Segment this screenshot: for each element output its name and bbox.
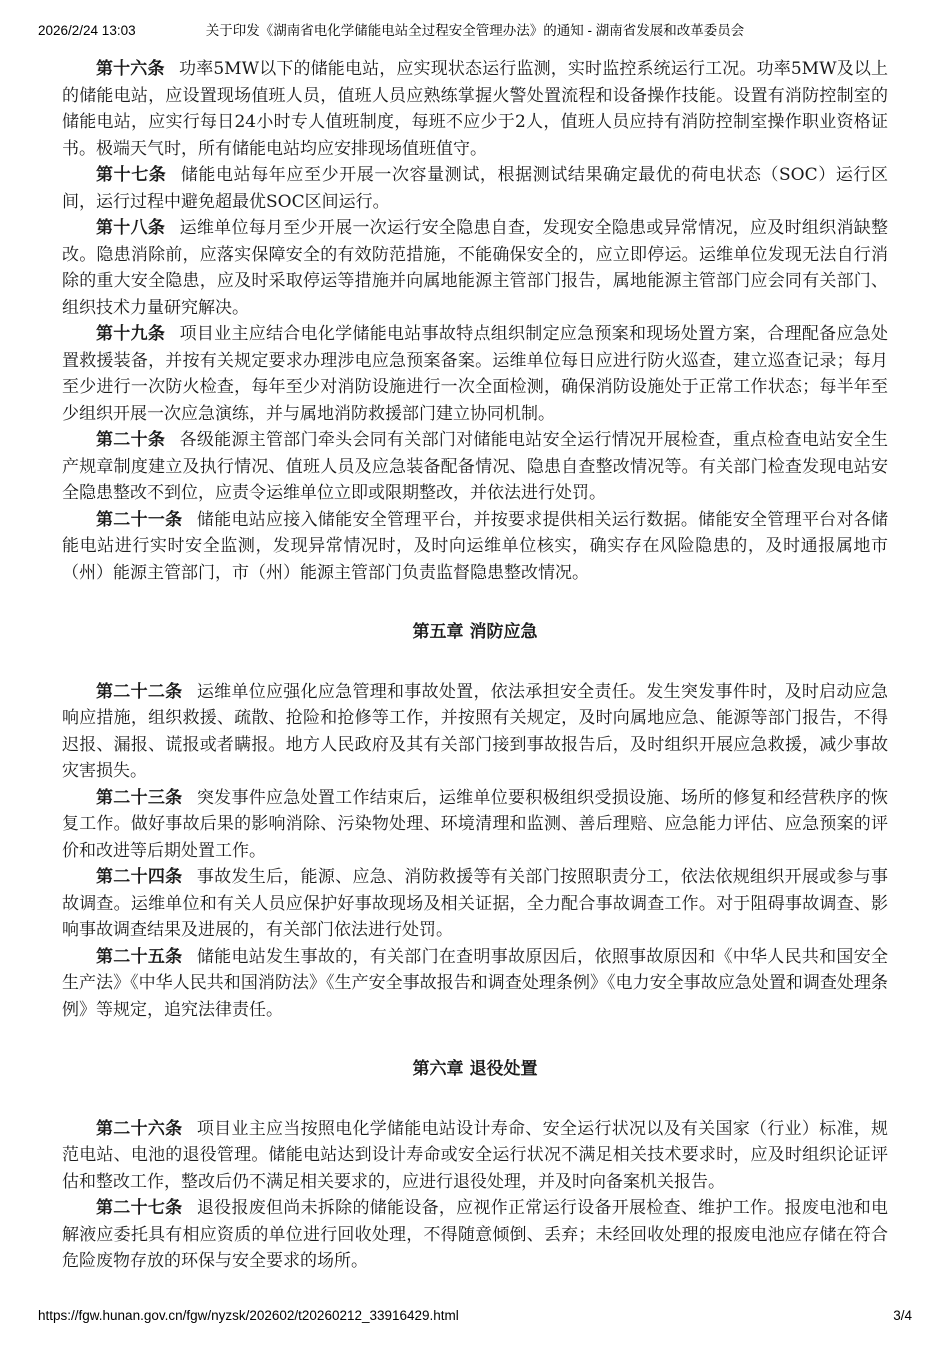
article-number: 第二十三条 [96, 788, 182, 808]
article-text: 储能电站发生事故的，有关部门在查明事故原因后，依照事故原因和《中华人民共和国安全… [62, 947, 888, 1020]
article-paragraph: 第二十五条储能电站发生事故的，有关部门在查明事故原因后，依照事故原因和《中华人民… [62, 944, 888, 1024]
article-text: 运维单位每月至少开展一次运行安全隐患自查，发现安全隐患或异常情况，应及时组织消缺… [62, 218, 888, 318]
chapter-heading: 第六章 退役处置 [62, 1056, 888, 1083]
article-paragraph: 第十八条运维单位每月至少开展一次运行安全隐患自查，发现安全隐患或异常情况，应及时… [62, 215, 888, 321]
article-number: 第十七条 [96, 165, 166, 185]
article-number: 第十八条 [96, 218, 165, 238]
article-number: 第二十六条 [96, 1119, 182, 1139]
document-body: 第十六条功率5MW以下的储能电站，应实现状态运行监测，实时监控系统运行工况。功率… [62, 56, 888, 1285]
chapter-heading: 第五章 消防应急 [62, 619, 888, 646]
article-paragraph: 第二十六条项目业主应当按照电化学储能电站设计寿命、安全运行状况以及有关国家（行业… [62, 1116, 888, 1196]
article-text: 项目业主应结合电化学储能电站事故特点组织制定应急预案和现场处置方案，合理配备应急… [62, 324, 888, 424]
article-paragraph: 第二十七条退役报废但尚未拆除的储能设备，应视作正常运行设备开展检查、维护工作。报… [62, 1195, 888, 1275]
article-text: 突发事件应急处置工作结束后，运维单位要积极组织受损设施、场所的修复和经营秩序的恢… [62, 788, 888, 861]
article-number: 第二十七条 [96, 1198, 182, 1218]
print-header: 2026/2/24 13:03 关于印发《湖南省电化学储能电站全过程安全管理办法… [38, 21, 912, 41]
article-text: 项目业主应当按照电化学储能电站设计寿命、安全运行状况以及有关国家（行业）标准，规… [62, 1119, 888, 1192]
article-text: 退役报废但尚未拆除的储能设备，应视作正常运行设备开展检查、维护工作。报废电池和电… [62, 1198, 888, 1271]
article-paragraph: 第二十三条突发事件应急处置工作结束后，运维单位要积极组织受损设施、场所的修复和经… [62, 785, 888, 865]
print-datetime: 2026/2/24 13:03 [38, 23, 136, 38]
article-number: 第十六条 [96, 59, 165, 79]
article-paragraph: 第二十条各级能源主管部门牵头会同有关部门对储能电站安全运行情况开展检查，重点检查… [62, 427, 888, 507]
article-text: 功率5MW以下的储能电站，应实现状态运行监测，实时监控系统运行工况。功率5MW及… [62, 59, 888, 159]
article-number: 第十九条 [96, 324, 165, 344]
footer-url: https://fgw.hunan.gov.cn/fgw/nyzsk/20260… [38, 1308, 459, 1323]
article-number: 第二十四条 [96, 867, 182, 887]
article-text: 运维单位应强化应急管理和事故处置，依法承担安全责任。发生突发事件时，及时启动应急… [62, 682, 888, 782]
article-text: 储能电站应接入储能安全管理平台，并按要求提供相关运行数据。储能安全管理平台对各储… [62, 510, 888, 583]
footer-page-number: 3/4 [893, 1308, 912, 1323]
article-paragraph: 第二十一条储能电站应接入储能安全管理平台，并按要求提供相关运行数据。储能安全管理… [62, 507, 888, 587]
article-number: 第二十二条 [96, 682, 182, 702]
article-text: 事故发生后，能源、应急、消防救援等有关部门按照职责分工，依法依规组织开展或参与事… [62, 867, 888, 940]
article-number: 第二十一条 [96, 510, 182, 530]
article-number: 第二十条 [96, 430, 165, 450]
article-number: 第二十五条 [96, 947, 182, 967]
print-footer: https://fgw.hunan.gov.cn/fgw/nyzsk/20260… [38, 1308, 912, 1323]
page-title: 关于印发《湖南省电化学储能电站全过程安全管理办法》的通知 - 湖南省发展和改革委… [38, 21, 912, 41]
article-paragraph: 第二十四条事故发生后，能源、应急、消防救援等有关部门按照职责分工，依法依规组织开… [62, 864, 888, 944]
article-paragraph: 第二十二条运维单位应强化应急管理和事故处置，依法承担安全责任。发生突发事件时，及… [62, 679, 888, 785]
article-paragraph: 第十九条项目业主应结合电化学储能电站事故特点组织制定应急预案和现场处置方案，合理… [62, 321, 888, 427]
article-text: 储能电站每年应至少开展一次容量测试，根据测试结果确定最优的荷电状态（SOC）运行… [62, 165, 888, 212]
print-page: 2026/2/24 13:03 关于印发《湖南省电化学储能电站全过程安全管理办法… [0, 0, 950, 1345]
article-paragraph: 第十六条功率5MW以下的储能电站，应实现状态运行监测，实时监控系统运行工况。功率… [62, 56, 888, 162]
article-text: 各级能源主管部门牵头会同有关部门对储能电站安全运行情况开展检查，重点检查电站安全… [62, 430, 888, 503]
article-paragraph: 第十七条储能电站每年应至少开展一次容量测试，根据测试结果确定最优的荷电状态（SO… [62, 162, 888, 215]
